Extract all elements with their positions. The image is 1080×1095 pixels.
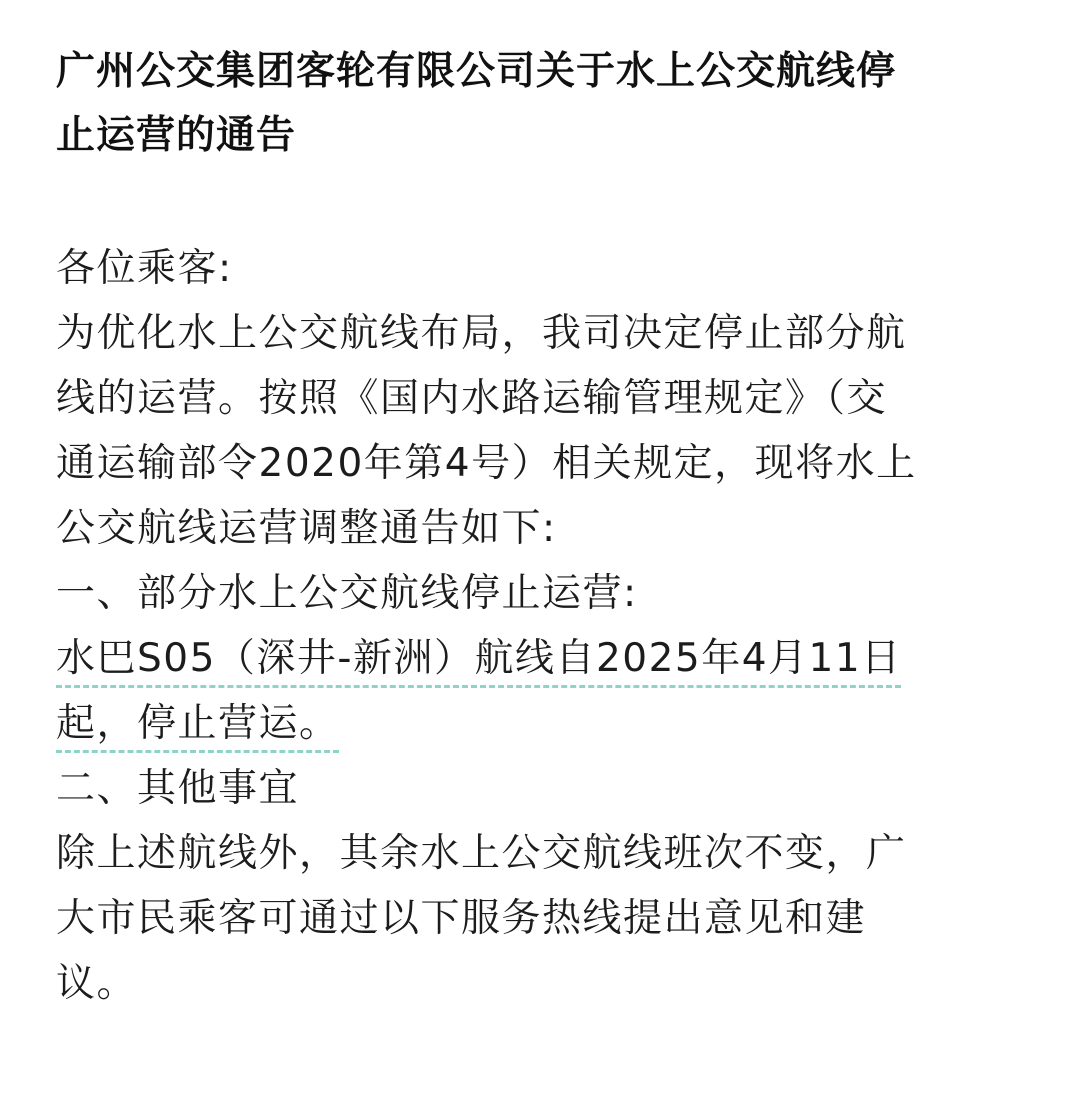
section1-line: 起，停止营运。 (56, 691, 1036, 756)
title-line: 止运营的通告 (56, 104, 1036, 168)
section1-heading: 一、部分水上公交航线停止运营: (56, 561, 1036, 626)
section2-line: 议。 (56, 951, 1036, 1016)
title-line: 广州公交集团客轮有限公司关于水上公交航线停 (56, 40, 1036, 104)
intro-line: 为优化水上公交航线布局，我司决定停止部分航 (56, 301, 1036, 366)
notice-document: 广州公交集团客轮有限公司关于水上公交航线停 止运营的通告 各位乘客: 为优化水上… (56, 0, 1036, 1016)
section2-line: 大市民乘客可通过以下服务热线提出意见和建 (56, 886, 1036, 951)
notice-body: 各位乘客: 为优化水上公交航线布局，我司决定停止部分航 线的运营。按照《国内水路… (56, 236, 1036, 1016)
intro-line: 通运输部令2020年第4号）相关规定，现将水上 (56, 431, 1036, 496)
section1-line: 水巴S05（深井-新洲）航线自2025年4月11日 (56, 626, 1036, 691)
highlighted-route-text[interactable]: 水巴S05（深井-新洲）航线自2025年4月11日 (56, 636, 902, 681)
salutation: 各位乘客: (56, 236, 1036, 301)
highlighted-route-text[interactable]: 起，停止营运。 (56, 701, 340, 746)
section2-heading: 二、其他事宜 (56, 756, 1036, 821)
notice-title: 广州公交集团客轮有限公司关于水上公交航线停 止运营的通告 (56, 0, 1036, 168)
intro-line: 公交航线运营调整通告如下: (56, 496, 1036, 561)
section2-line: 除上述航线外，其余水上公交航线班次不变，广 (56, 821, 1036, 886)
intro-line: 线的运营。按照《国内水路运输管理规定》（交 (56, 366, 1036, 431)
